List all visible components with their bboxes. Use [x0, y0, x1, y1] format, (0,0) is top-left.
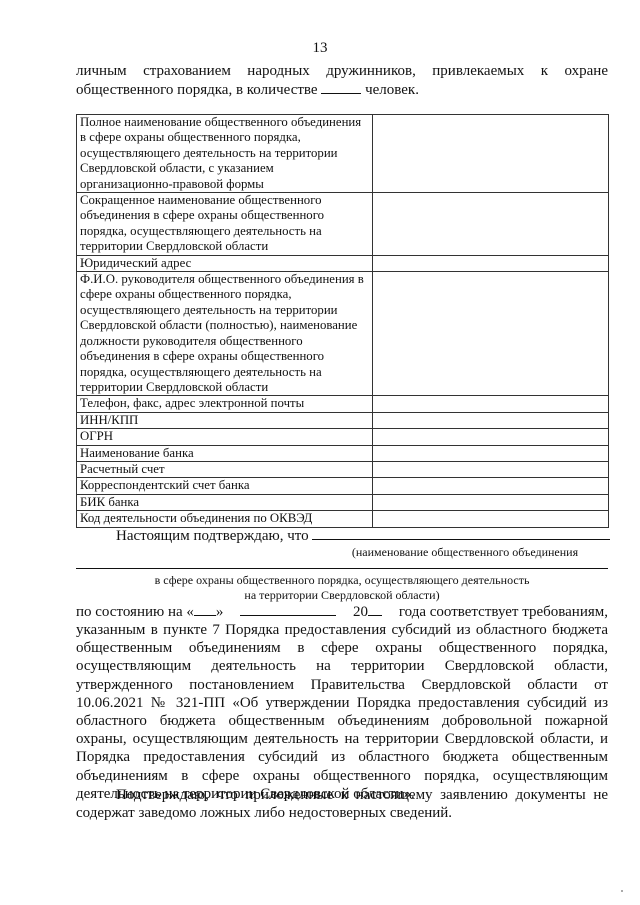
field-value[interactable]	[373, 115, 609, 193]
page-number: 13	[0, 40, 640, 57]
table-row: Ф.И.О. руководителя общественного объеди…	[77, 272, 609, 396]
field-label: Ф.И.О. руководителя общественного объеди…	[77, 272, 373, 396]
field-value[interactable]	[373, 193, 609, 256]
day-blank[interactable]	[194, 603, 216, 616]
count-blank[interactable]	[321, 81, 361, 94]
field-value[interactable]	[373, 272, 609, 396]
intro-word: к	[541, 62, 548, 80]
intro-line-2: общественного порядка, в количестве чело…	[76, 81, 608, 99]
confirmation-lead: Настоящим подтверждаю, что	[116, 528, 309, 544]
caption-organization-name: (наименование общественного объединения	[340, 545, 590, 560]
field-label: Наименование банка	[77, 445, 373, 461]
table-row: Телефон, факс, адрес электронной почты	[77, 396, 609, 412]
intro-word: страхованием	[143, 62, 231, 80]
table-row: Расчетный счет	[77, 461, 609, 477]
intro-word: привлекаемых	[432, 62, 524, 80]
field-label: Сокращенное наименование общественного о…	[77, 193, 373, 256]
organization-name-blank-2[interactable]	[76, 568, 608, 569]
year-blank[interactable]	[368, 603, 382, 616]
month-blank[interactable]	[240, 603, 336, 616]
intro-line-1: личным страхованием народных дружинников…	[76, 62, 608, 80]
field-value[interactable]	[373, 461, 609, 477]
caption-region: на территории Свердловской области)	[76, 588, 608, 603]
field-value[interactable]	[373, 396, 609, 412]
field-value[interactable]	[373, 429, 609, 445]
organization-name-blank[interactable]	[312, 527, 610, 540]
field-label: Расчетный счет	[77, 461, 373, 477]
field-label: БИК банка	[77, 494, 373, 510]
field-label: Полное наименование общественного объеди…	[77, 115, 373, 193]
table-row: Сокращенное наименование общественного о…	[77, 193, 609, 256]
field-value[interactable]	[373, 494, 609, 510]
field-label: Юридический адрес	[77, 255, 373, 271]
field-label: ИНН/КПП	[77, 412, 373, 428]
table-row: Наименование банка	[77, 445, 609, 461]
table-row: Корреспондентский счет банка	[77, 478, 609, 494]
scan-artifact	[621, 890, 623, 892]
table-row: Код деятельности объединения по ОКВЭД	[77, 511, 609, 527]
field-value[interactable]	[373, 478, 609, 494]
field-label: ОГРН	[77, 429, 373, 445]
intro-word: дружинников,	[326, 62, 416, 80]
intro-word: народных	[247, 62, 310, 80]
table-row: Полное наименование общественного объеди…	[77, 115, 609, 193]
organization-info-table: Полное наименование общественного объеди…	[76, 114, 609, 528]
intro-word: охране	[565, 62, 608, 80]
table-row: ОГРН	[77, 429, 609, 445]
field-label: Телефон, факс, адрес электронной почты	[77, 396, 373, 412]
caption-sphere: в сфере охраны общественного порядка, ос…	[76, 573, 608, 588]
closing-statement: Подтверждаю, что приложенные к настоящем…	[76, 786, 608, 822]
field-label: Корреспондентский счет банка	[77, 478, 373, 494]
table-row: ИНН/КПП	[77, 412, 609, 428]
field-label: Код деятельности объединения по ОКВЭД	[77, 511, 373, 527]
confirmation-body: указанным в пункте 7 Порядка предоставле…	[76, 621, 608, 803]
status-line: по состоянию на «» 20 года соответствует…	[76, 603, 608, 621]
table-row: Юридический адрес	[77, 255, 609, 271]
table-row: БИК банка	[77, 494, 609, 510]
field-value[interactable]	[373, 445, 609, 461]
field-value[interactable]	[373, 412, 609, 428]
field-value[interactable]	[373, 511, 609, 527]
field-value[interactable]	[373, 255, 609, 271]
confirmation-lead-line: Настоящим подтверждаю, что	[116, 527, 616, 545]
intro-word: личным	[76, 62, 127, 80]
